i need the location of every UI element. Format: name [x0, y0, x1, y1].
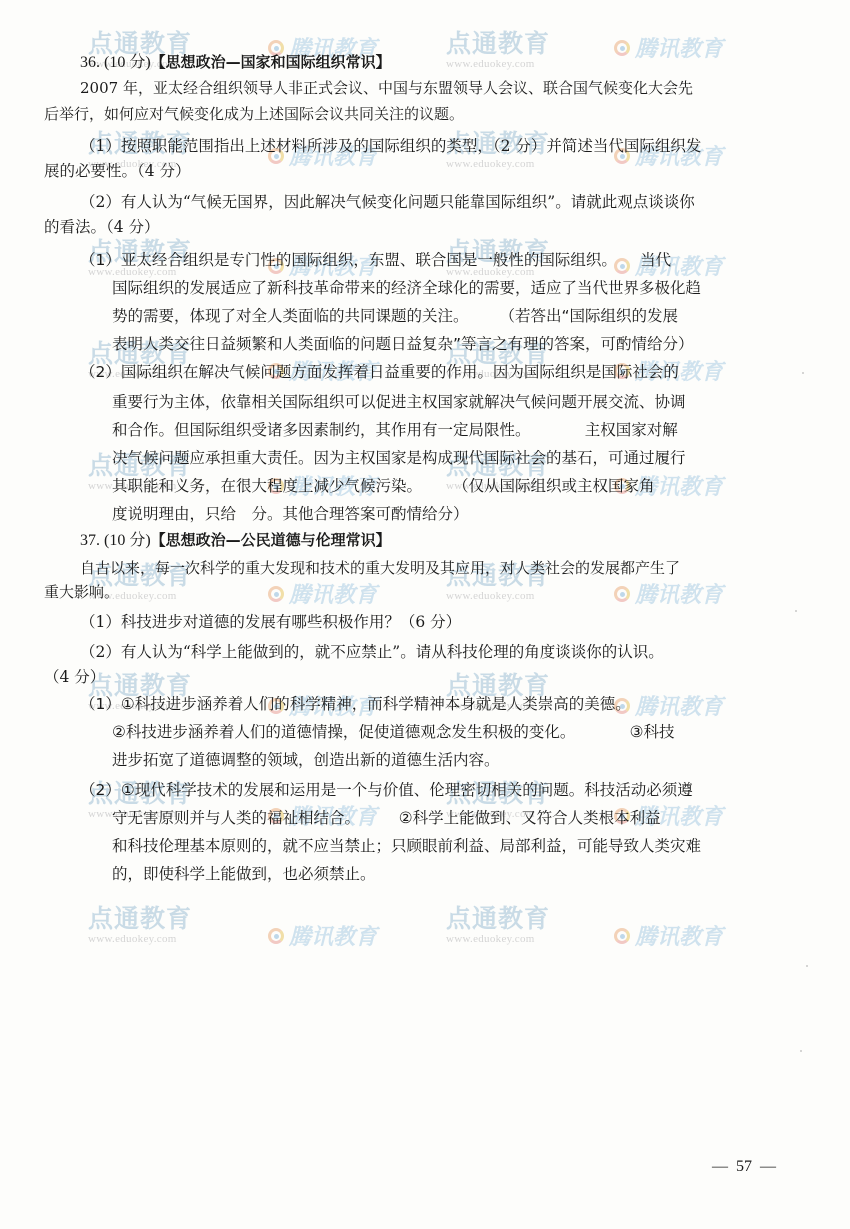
- qq-edu-logo-icon: [614, 928, 630, 944]
- watermark-url: www.eduokey.com: [446, 58, 576, 70]
- question-number: 37. (10 分): [80, 532, 151, 549]
- watermark-qq: 腾讯教育: [614, 920, 723, 951]
- question-36-heading: 36. (10 分)【思想政治—国家和国际组织常识】: [80, 52, 391, 73]
- answer-line: 势的需要，体现了对全人类面临的共同课题的关注。 （若答出“国际组织的发展: [112, 306, 678, 326]
- answer-line: 和科技伦理基本原则的，就不应当禁止；只顾眼前利益、局部利益，可能导致人类灾难: [112, 836, 701, 856]
- qq-edu-logo-icon: [268, 928, 284, 944]
- answer-line: 度说明理由，只给 分。其他合理答案可酌情给分）: [112, 504, 469, 524]
- qq-edu-logo-icon: [268, 586, 284, 602]
- answer-line: 守无害原则并与人类的福祉相结合。 ②科学上能做到、又符合人类根本利益: [112, 808, 661, 828]
- question-topic: 【思想政治—国家和国际组织常识】: [151, 53, 391, 71]
- question-topic: 【思想政治—公民道德与伦理常识】: [151, 531, 391, 549]
- watermark-qq: 腾讯教育: [614, 32, 723, 63]
- page-number: — 57 —: [712, 1158, 776, 1176]
- question-number: 36. (10 分): [80, 54, 151, 71]
- question-37-heading: 37. (10 分)【思想政治—公民道德与伦理常识】: [80, 530, 391, 551]
- watermark-eduokey: 点通教育www.eduokey.com: [446, 30, 576, 70]
- watermark-qq-text: 腾讯教育: [635, 32, 723, 63]
- sub-question-1: （1）按照职能范围指出上述材料所涉及的国际组织的类型，（2 分）并简述当代国际组…: [80, 136, 701, 156]
- answer-line: （1）①科技进步涵养着人们的科学精神，而科学精神本身就是人类崇高的美德。: [80, 694, 631, 714]
- question-material: 重大影响。: [44, 582, 119, 602]
- answer-line: ②科技进步涵养着人们的道德情操，促使道德观念发生积极的变化。 ③科技: [112, 722, 675, 742]
- sub-question-1: 展的必要性。（4 分）: [44, 161, 191, 181]
- sub-question-2: （4 分）: [44, 667, 105, 687]
- question-material: 自古以来，每一次科学的重大发现和技术的重大发明及其应用，对人类社会的发展都产生了: [80, 558, 680, 578]
- answer-line: （2）①现代科学技术的发展和运用是一个与价值、伦理密切相关的问题。科技活动必须遵: [80, 780, 693, 800]
- sub-question-2: 的看法。（4 分）: [44, 217, 160, 237]
- answer-line: （2）国际组织在解决气候问题方面发挥着日益重要的作用。因为国际组织是国际社会的: [80, 362, 679, 382]
- watermark-eduokey-text: 点通教育: [446, 30, 576, 58]
- qq-edu-logo-icon: [614, 586, 630, 602]
- scan-speck: [806, 965, 808, 967]
- answer-line: 表明人类交往日益频繁和人类面临的问题日益复杂”等言之有理的答案，可酌情给分）: [112, 334, 694, 354]
- watermark-qq: 腾讯教育: [268, 578, 377, 609]
- question-material: 后举行，如何应对气候变化成为上述国际会议共同关注的议题。: [44, 104, 464, 124]
- qq-edu-logo-icon: [614, 40, 630, 56]
- sub-question-1: （1）科技进步对道德的发展有哪些积极作用？（6 分）: [80, 612, 461, 632]
- answer-line: 决气候问题应承担重大责任。因为主权国家是构成现代国际社会的基石，可通过履行: [112, 448, 686, 468]
- watermark-qq: 腾讯教育: [268, 920, 377, 951]
- question-material: 2007 年，亚太经合组织领导人非正式会议、中国与东盟领导人会议、联合国气候变化…: [80, 78, 693, 98]
- watermark-eduokey: 点通教育www.eduokey.com: [88, 905, 218, 945]
- answer-line: 进步拓宽了道德调整的领域，创造出新的道德生活内容。: [112, 750, 500, 770]
- answer-line: 国际组织的发展适应了新科技革命带来的经济全球化的需要，适应了当代世界多极化趋: [112, 278, 701, 298]
- answer-line: 的，即使科学上能做到，也必须禁止。: [112, 864, 376, 884]
- sub-question-2: （2）有人认为“气候无国界，因此解决气候变化问题只能靠国际组织”。请就此观点谈谈…: [80, 192, 695, 212]
- scan-speck: [795, 610, 797, 612]
- watermark-qq: 腾讯教育: [614, 578, 723, 609]
- answer-line: 其职能和义务，在很大程度上减少气候污染。 （仅从国际组织或主权国家角: [112, 476, 655, 496]
- sub-question-2: （2）有人认为“科学上能做到的，就不应禁止”。请从科技伦理的角度谈谈你的认识。: [80, 642, 664, 662]
- answer-line: 和合作。但国际组织受诸多因素制约，其作用有一定局限性。 主权国家对解: [112, 420, 678, 440]
- answer-line: （1）亚太经合组织是专门性的国际组织，东盟、联合国是一般性的国际组织。 当代: [80, 250, 671, 270]
- scan-speck: [802, 372, 804, 374]
- scan-speck: [800, 1050, 802, 1052]
- answer-line: 重要行为主体，依靠相关国际组织可以促进主权国家就解决气候问题开展交流、协调: [112, 392, 686, 412]
- watermark-eduokey: 点通教育www.eduokey.com: [446, 905, 576, 945]
